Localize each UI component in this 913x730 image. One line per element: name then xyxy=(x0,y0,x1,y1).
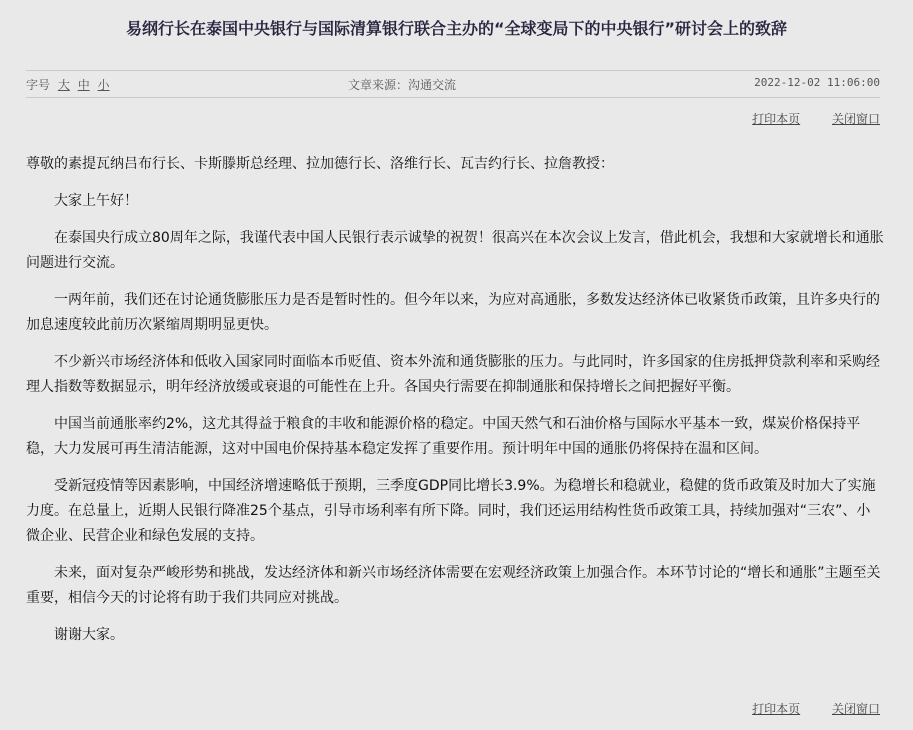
close-window-link[interactable]: 关闭窗口 xyxy=(832,112,880,126)
body-paragraph: 在泰国央行成立80周年之际，我谨代表中国人民银行表示诚挚的祝贺！很高兴在本次会议… xyxy=(26,226,884,276)
greeting-paragraph: 大家上午好！ xyxy=(26,189,884,214)
body-paragraph: 中国当前通胀率约2%，这尤其得益于粮食的丰收和能源价格的稳定。中国天然气和石油价… xyxy=(26,412,884,462)
font-size-medium-link[interactable]: 中 xyxy=(78,78,90,92)
article-datetime: 2022-12-02 11:06:00 xyxy=(754,76,880,89)
salutation-paragraph: 尊敬的素提瓦纳吕布行长、卡斯滕斯总经理、拉加德行长、洛维行长、瓦吉约行长、拉詹教… xyxy=(26,152,884,177)
article-source: 文章来源：沟通交流 xyxy=(348,76,456,93)
article-actions-top: 打印本页 关闭窗口 xyxy=(724,110,880,127)
font-size-large-link[interactable]: 大 xyxy=(58,78,70,92)
font-size-small-link[interactable]: 小 xyxy=(98,78,110,92)
body-paragraph: 未来，面对复杂严峻形势和挑战，发达经济体和新兴市场经济体需要在宏观经济政策上加强… xyxy=(26,561,884,611)
close-window-link[interactable]: 关闭窗口 xyxy=(832,702,880,716)
article-meta-bar: 字号 大 中 小 文章来源：沟通交流 2022-12-02 11:06:00 xyxy=(26,70,880,98)
article-title: 易纲行长在泰国中央银行与国际清算银行联合主办的“全球变局下的中央银行”研讨会上的… xyxy=(0,18,913,40)
body-paragraph: 不少新兴市场经济体和低收入国家同时面临本币贬值、资本外流和通货膨胀的压力。与此同… xyxy=(26,350,884,400)
article-actions-bottom: 打印本页 关闭窗口 xyxy=(724,700,880,717)
closing-paragraph: 谢谢大家。 xyxy=(26,623,884,648)
font-size-controls: 字号 大 中 小 xyxy=(26,76,110,93)
article-body: 尊敬的素提瓦纳吕布行长、卡斯滕斯总经理、拉加德行长、洛维行长、瓦吉约行长、拉詹教… xyxy=(26,152,884,660)
font-size-label: 字号 xyxy=(26,78,50,92)
print-page-link[interactable]: 打印本页 xyxy=(752,702,800,716)
body-paragraph: 一两年前，我们还在讨论通货膨胀压力是否是暂时性的。但今年以来，为应对高通胀，多数… xyxy=(26,288,884,338)
print-page-link[interactable]: 打印本页 xyxy=(752,112,800,126)
body-paragraph: 受新冠疫情等因素影响，中国经济增速略低于预期，三季度GDP同比增长3.9%。为稳… xyxy=(26,474,884,549)
